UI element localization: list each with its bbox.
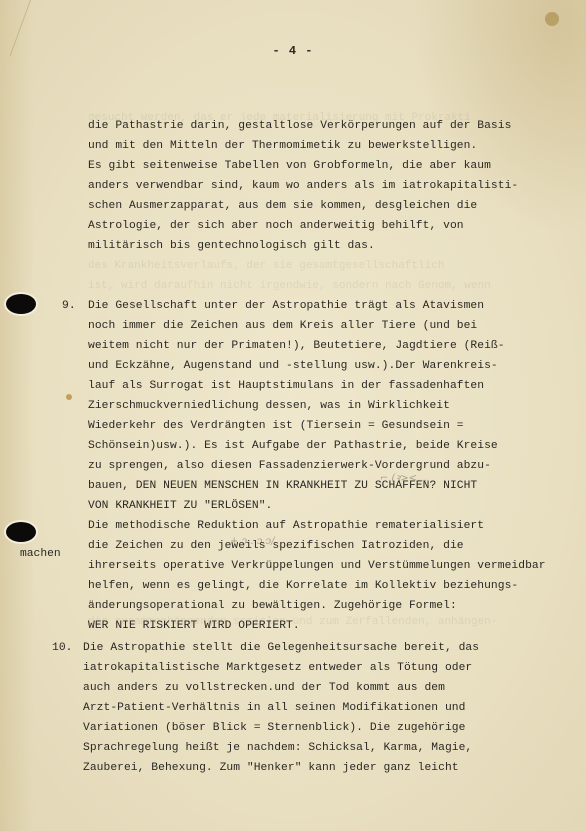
text-line: Die Astropathie stellt die Gelegenheitsu… bbox=[83, 638, 479, 658]
punch-hole bbox=[6, 522, 36, 542]
page-number: - 4 - bbox=[0, 44, 586, 58]
bleed-through: ist, wird daraufhin nicht irgendwie, son… bbox=[88, 276, 491, 296]
text-line: schen Ausmerzapparat, aus dem sie kommen… bbox=[88, 196, 477, 216]
text-line: Schönsein)usw.). Es ist Aufgabe der Path… bbox=[88, 436, 498, 456]
text-line: ihrerseits operative Verkrüppelungen und… bbox=[88, 556, 546, 576]
text-line: Es gibt seitenweise Tabellen von Grobfor… bbox=[88, 156, 491, 176]
punch-hole bbox=[6, 294, 36, 314]
pencil-mark: + ↄ . ↄ ↄ/ bbox=[230, 536, 274, 547]
text-line: VON KRANKHEIT ZU "ERLÖSEN". bbox=[88, 496, 272, 516]
text-line: anders verwendbar sind, kaum wo anders a… bbox=[88, 176, 518, 196]
text-line: zu sprengen, also diesen Fassadenzierwer… bbox=[88, 456, 491, 476]
text-line: Sprachregelung heißt je nachdem: Schicks… bbox=[83, 738, 472, 758]
text-line: militärisch bis gentechnologisch gilt da… bbox=[88, 236, 375, 256]
text-line: weitem nicht nur der Primaten!), Beuteti… bbox=[88, 336, 505, 356]
bleed-through: des Krankheitsverlaufs, der sie gesamtge… bbox=[88, 256, 444, 276]
text-line: die Pathastrie darin, gestaltlose Verkör… bbox=[88, 116, 511, 136]
text-line: die Zeichen zu den jeweils spezifischen … bbox=[88, 536, 464, 556]
text-line: helfen, wenn es gelingt, die Korrelate i… bbox=[88, 576, 518, 596]
document-page: gesucht werden, das er jede materialisie… bbox=[0, 0, 586, 831]
text-line: Variationen (böser Blick = Sternenblick)… bbox=[83, 718, 465, 738]
text-line: noch immer die Zeichen aus dem Kreis all… bbox=[88, 316, 477, 336]
text-line: änderungsoperational zu bewältigen. Zuge… bbox=[88, 596, 457, 616]
text-line: und mit den Mitteln der Thermomimetik zu… bbox=[88, 136, 477, 156]
text-line: und Eckzähne, Augenstand und -stellung u… bbox=[88, 356, 498, 376]
text-line: Die methodische Reduktion auf Astropathi… bbox=[88, 516, 484, 536]
ink-speck bbox=[66, 394, 72, 400]
item-9-number: 9. bbox=[62, 296, 76, 316]
text-line: lauf als Surrogat ist Hauptstimulans in … bbox=[88, 376, 484, 396]
pencil-mark: ⌐ (ꝛ><… bbox=[380, 470, 427, 484]
item-10-number: 10. bbox=[52, 638, 73, 658]
paper-edge bbox=[0, 0, 34, 831]
margin-note: machen bbox=[20, 544, 61, 564]
paper-stain bbox=[545, 12, 559, 26]
text-line: Arzt-Patient-Verhältnis in all seinen Mo… bbox=[83, 698, 465, 718]
text-line: auch anders zu vollstrecken.und der Tod … bbox=[83, 678, 445, 698]
text-line: WER NIE RISKIERT WIRD OPERIERT. bbox=[88, 616, 300, 636]
text-line: Astrologie, der sich aber noch anderweit… bbox=[88, 216, 464, 236]
text-line: Zierschmuckverniedlichung dessen, was in… bbox=[88, 396, 450, 416]
text-line: iatrokapitalistische Marktgesetz entwede… bbox=[83, 658, 472, 678]
text-line: Die Gesellschaft unter der Astropathie t… bbox=[88, 296, 484, 316]
text-line: Wiederkehr des Verdrängten ist (Tiersein… bbox=[88, 416, 464, 436]
text-line: Zauberei, Behexung. Zum "Henker" kann je… bbox=[83, 758, 459, 778]
